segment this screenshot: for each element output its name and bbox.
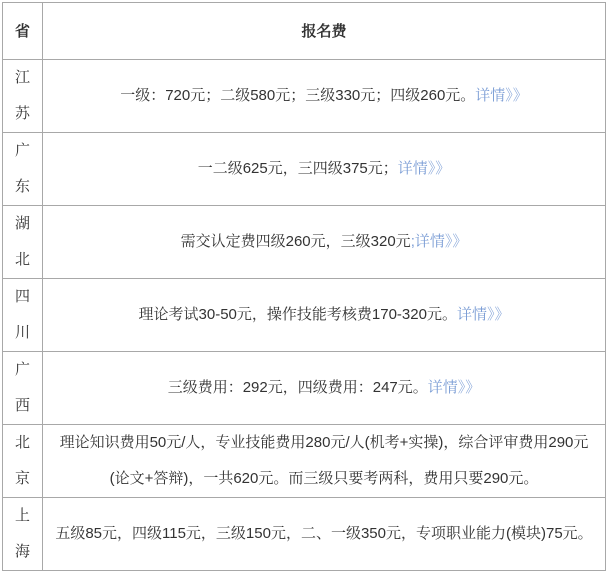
table-row: 广东 一二级625元，三四级375元；详情》》 [3, 133, 606, 206]
table-row: 北京 理论知识费用50元/人，专业技能费用280元/人(机考+实操)，综合评审费… [3, 425, 606, 498]
fee-text: 需交认定费四级260元，三级320元 [181, 233, 411, 250]
fee-cell: 一二级625元，三四级375元；详情》》 [43, 133, 606, 206]
province-cell: 广西 [3, 352, 43, 425]
fee-table-head: 省 报名费 [3, 3, 606, 60]
details-link[interactable]: 详情》》 [398, 160, 451, 177]
page: 省 报名费 江苏 一级：720元；二级580元；三级330元；四级260元。详情… [0, 0, 610, 576]
table-row: 湖北 需交认定费四级260元，三级320元;详情》》 [3, 206, 606, 279]
table-row: 四川 理论考试30-50元，操作技能考核费170-320元。详情》》 [3, 279, 606, 352]
province-cell: 北京 [3, 425, 43, 498]
details-link[interactable]: 详情》》 [428, 379, 481, 396]
fee-cell: 需交认定费四级260元，三级320元;详情》》 [43, 206, 606, 279]
fee-table: 省 报名费 江苏 一级：720元；二级580元；三级330元；四级260元。详情… [2, 2, 606, 571]
details-link[interactable]: 详情》》 [475, 87, 528, 104]
fee-text: 理论考试30-50元，操作技能考核费170-320元。 [139, 306, 457, 323]
fee-table-body: 江苏 一级：720元；二级580元；三级330元；四级260元。详情》》 广东 … [3, 60, 606, 571]
province-column-header: 省 [3, 3, 43, 60]
fee-text: 五级85元，四级115元，三级150元，二、一级350元，专项职业能力(模块)7… [55, 525, 592, 542]
header-row: 省 报名费 [3, 3, 606, 60]
province-cell: 上海 [3, 498, 43, 571]
fee-cell: 五级85元，四级115元，三级150元，二、一级350元，专项职业能力(模块)7… [43, 498, 606, 571]
province-cell: 四川 [3, 279, 43, 352]
table-row: 广西 三级费用：292元，四级费用：247元。详情》》 [3, 352, 606, 425]
fee-cell: 理论知识费用50元/人，专业技能费用280元/人(机考+实操)，综合评审费用29… [43, 425, 606, 498]
fee-column-header: 报名费 [43, 3, 606, 60]
fee-text: 三级费用：292元，四级费用：247元。 [168, 379, 428, 396]
fee-cell: 三级费用：292元，四级费用：247元。详情》》 [43, 352, 606, 425]
fee-cell: 一级：720元；二级580元；三级330元；四级260元。详情》》 [43, 60, 606, 133]
province-cell: 广东 [3, 133, 43, 206]
fee-text: 理论知识费用50元/人，专业技能费用280元/人(机考+实操)，综合评审费用29… [60, 434, 589, 487]
table-row: 江苏 一级：720元；二级580元；三级330元；四级260元。详情》》 [3, 60, 606, 133]
province-cell: 湖北 [3, 206, 43, 279]
details-link[interactable]: ;详情》》 [411, 233, 468, 250]
table-row: 上海 五级85元，四级115元，三级150元，二、一级350元，专项职业能力(模… [3, 498, 606, 571]
fee-cell: 理论考试30-50元，操作技能考核费170-320元。详情》》 [43, 279, 606, 352]
province-cell: 江苏 [3, 60, 43, 133]
fee-text: 一级：720元；二级580元；三级330元；四级260元。 [120, 87, 475, 104]
details-link[interactable]: 详情》》 [457, 306, 510, 323]
fee-text: 一二级625元，三四级375元； [198, 160, 398, 177]
